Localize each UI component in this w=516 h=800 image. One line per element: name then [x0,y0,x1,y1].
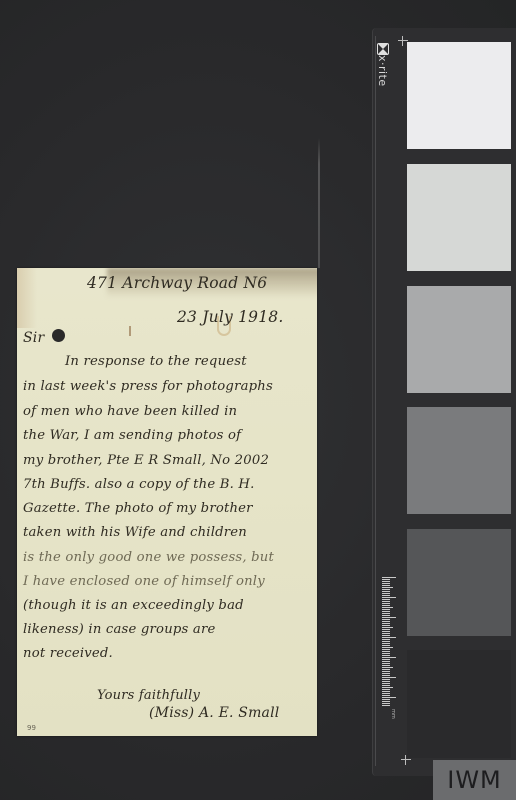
ruler-tick [382,615,390,616]
ruler-unit-label: mm [390,709,396,719]
letter-salutation: Sir [23,330,44,346]
ruler-tick [382,599,390,600]
letter-date: 23 July 1918. [177,308,283,326]
ruler-tick [382,581,390,582]
ruler-tick [382,693,390,694]
letter-signature: (Miss) A. E. Small [149,705,279,721]
x-rite-brand: x·rite [376,40,389,87]
ruler-tick [382,703,390,704]
ruler-tick [382,645,390,646]
ruler-tick [382,595,390,596]
ruler-tick [382,633,390,634]
ruler-tick [382,623,390,624]
ruler-tick [382,673,390,674]
ruler-tick [382,647,393,648]
ruler-tick [382,609,390,610]
letter-address: 471 Archway Road N6 [87,274,267,292]
gray-patch-mid [407,407,511,514]
x-rite-logo-text: x·rite [376,55,389,87]
punch-hole [52,329,65,342]
ruler-tick [382,649,390,650]
ruler-tick [382,657,396,658]
ruler-tick [382,603,390,604]
iwm-watermark-text: IWM [447,766,502,794]
ruler-tick [382,635,390,636]
ruler-tick [382,687,393,688]
letter-body-line: in last week's press for photographs [23,379,273,394]
ruler-tick [382,593,390,594]
ruler-tick [382,605,390,606]
letter-body-line: (though it is an exceedingly bad [23,598,244,613]
ruler-tick [382,583,390,584]
mm-ruler: mm [382,577,396,707]
ruler-tick [382,627,393,628]
ruler-tick [382,585,390,586]
ruler-tick [382,671,390,672]
ruler-tick [382,601,390,602]
ruler-tick [382,681,390,682]
ruler-tick [382,591,390,592]
ruler-tick [382,617,396,618]
ruler-tick [382,579,390,580]
ruler-tick [382,695,390,696]
ruler-tick [382,691,390,692]
ruler-tick [382,685,390,686]
ruler-tick [382,613,390,614]
ruler-tick [382,651,390,652]
letter-body-line: the War, I am sending photos of [23,428,241,443]
ruler-tick [382,577,396,578]
ruler-tick [382,689,390,690]
gray-patch-light [407,164,511,271]
pin-mark [129,326,131,336]
ruler-tick [382,663,390,664]
ruler-tick [382,619,390,620]
gray-patch-white [407,42,511,149]
card-edge [375,36,376,766]
gray-patch-dark [407,529,511,636]
ruler-tick [382,597,396,598]
letter-closing: Yours faithfully [97,688,200,703]
ruler-tick [382,643,390,644]
backdrop-crease-line [318,138,320,268]
letter-body-line: my brother, Pte E R Small, No 2002 [23,453,269,468]
edge-stain [17,268,37,328]
ruler-tick [382,587,393,588]
ruler-tick [382,667,393,668]
letter-body-line: Gazette. The photo of my brother [23,501,253,516]
ruler-tick [382,621,390,622]
ruler-tick [382,637,396,638]
iwm-watermark: IWM [433,760,516,800]
ruler-tick [382,611,390,612]
letter-body-line: of men who have been killed in [23,404,237,419]
ruler-tick [382,659,390,660]
ruler-tick [382,589,390,590]
ruler-tick [382,655,390,656]
ruler-tick [382,701,390,702]
letter-body-line: In response to the request [65,354,247,369]
folio-number: 99 [27,724,36,732]
ruler-tick [382,675,390,676]
letter-body-line: I have enclosed one of himself only [23,574,265,589]
ruler-tick [382,705,390,706]
ruler-tick [382,641,390,642]
letter-sheet: 471 Archway Road N6 23 July 1918. Sir In… [17,268,317,736]
ruler-tick [382,631,390,632]
ruler-tick [382,697,396,698]
ruler-tick [382,677,396,678]
letter-body-line: is the only good one we possess, but [23,550,274,565]
letter-body-line: not received. [23,646,113,661]
ruler-tick [382,665,390,666]
ruler-tick [382,669,390,670]
ruler-tick [382,607,393,608]
gray-patch-mid-light [407,286,511,393]
ruler-tick [382,629,390,630]
x-rite-logo-icon [377,40,389,52]
ruler-tick [382,639,390,640]
gray-patch-black [407,650,511,758]
ruler-tick [382,679,390,680]
letter-body-line: 7th Buffs. also a copy of the B. H. [23,477,254,492]
letter-body-line: likeness) in case groups are [23,622,215,637]
ruler-tick [382,683,390,684]
ruler-tick [382,661,390,662]
ruler-tick [382,625,390,626]
letter-body-line: taken with his Wife and children [23,525,247,540]
ruler-tick [382,699,390,700]
ruler-tick [382,653,390,654]
